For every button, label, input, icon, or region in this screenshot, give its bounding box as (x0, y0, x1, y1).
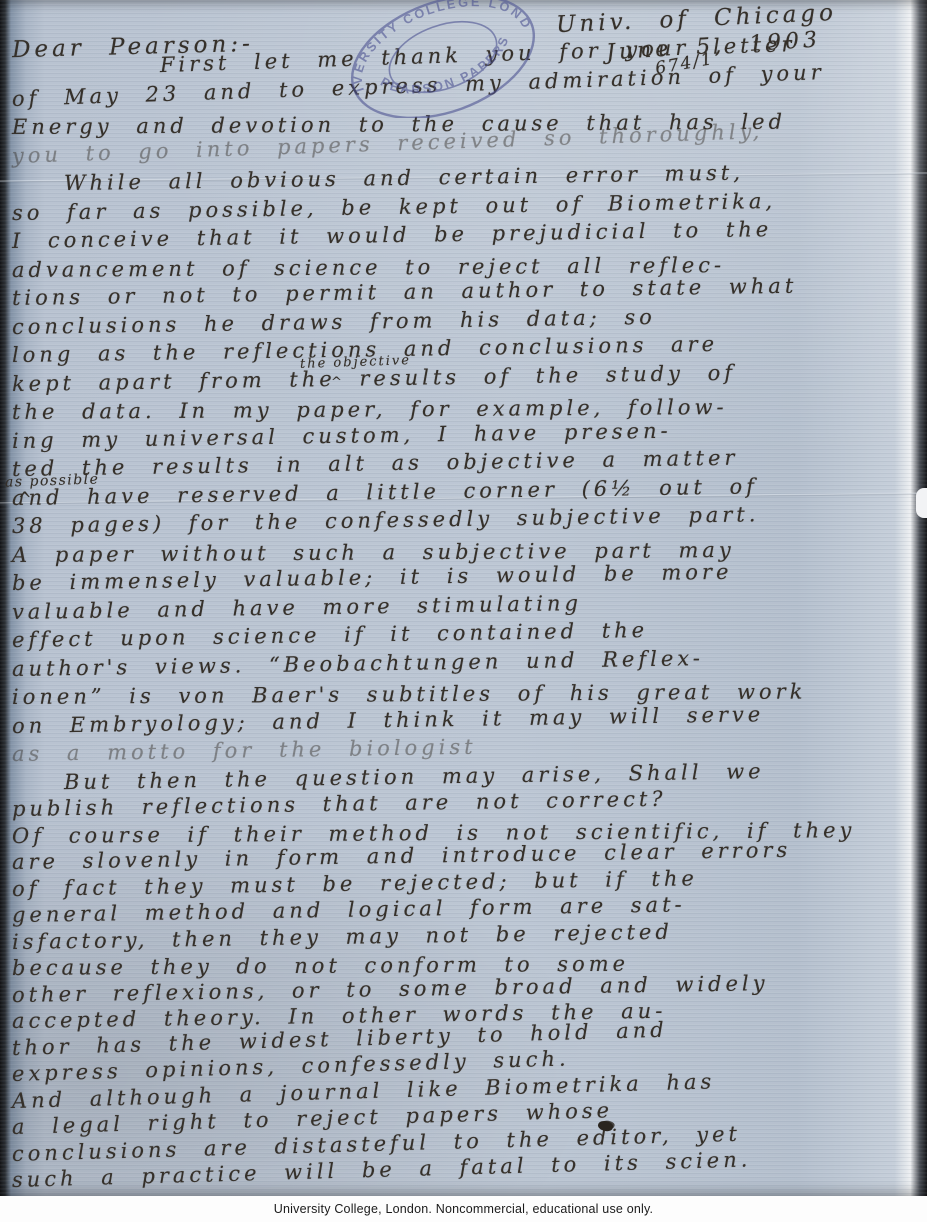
insertion-caret-icon: ^ (18, 487, 31, 512)
letter-lines: First let me thank you for your letterof… (12, 58, 923, 1195)
letter-scan: Univ. of Chicago June 5, 1903 674/1 Dear… (0, 0, 927, 1222)
caption-text: University College, London. Noncommercia… (274, 1202, 653, 1216)
insertion-caret-icon: ^ (331, 375, 342, 390)
caption-bar: University College, London. Noncommercia… (0, 1196, 927, 1222)
letter-paper: Univ. of Chicago June 5, 1903 674/1 Dear… (0, 0, 927, 1196)
